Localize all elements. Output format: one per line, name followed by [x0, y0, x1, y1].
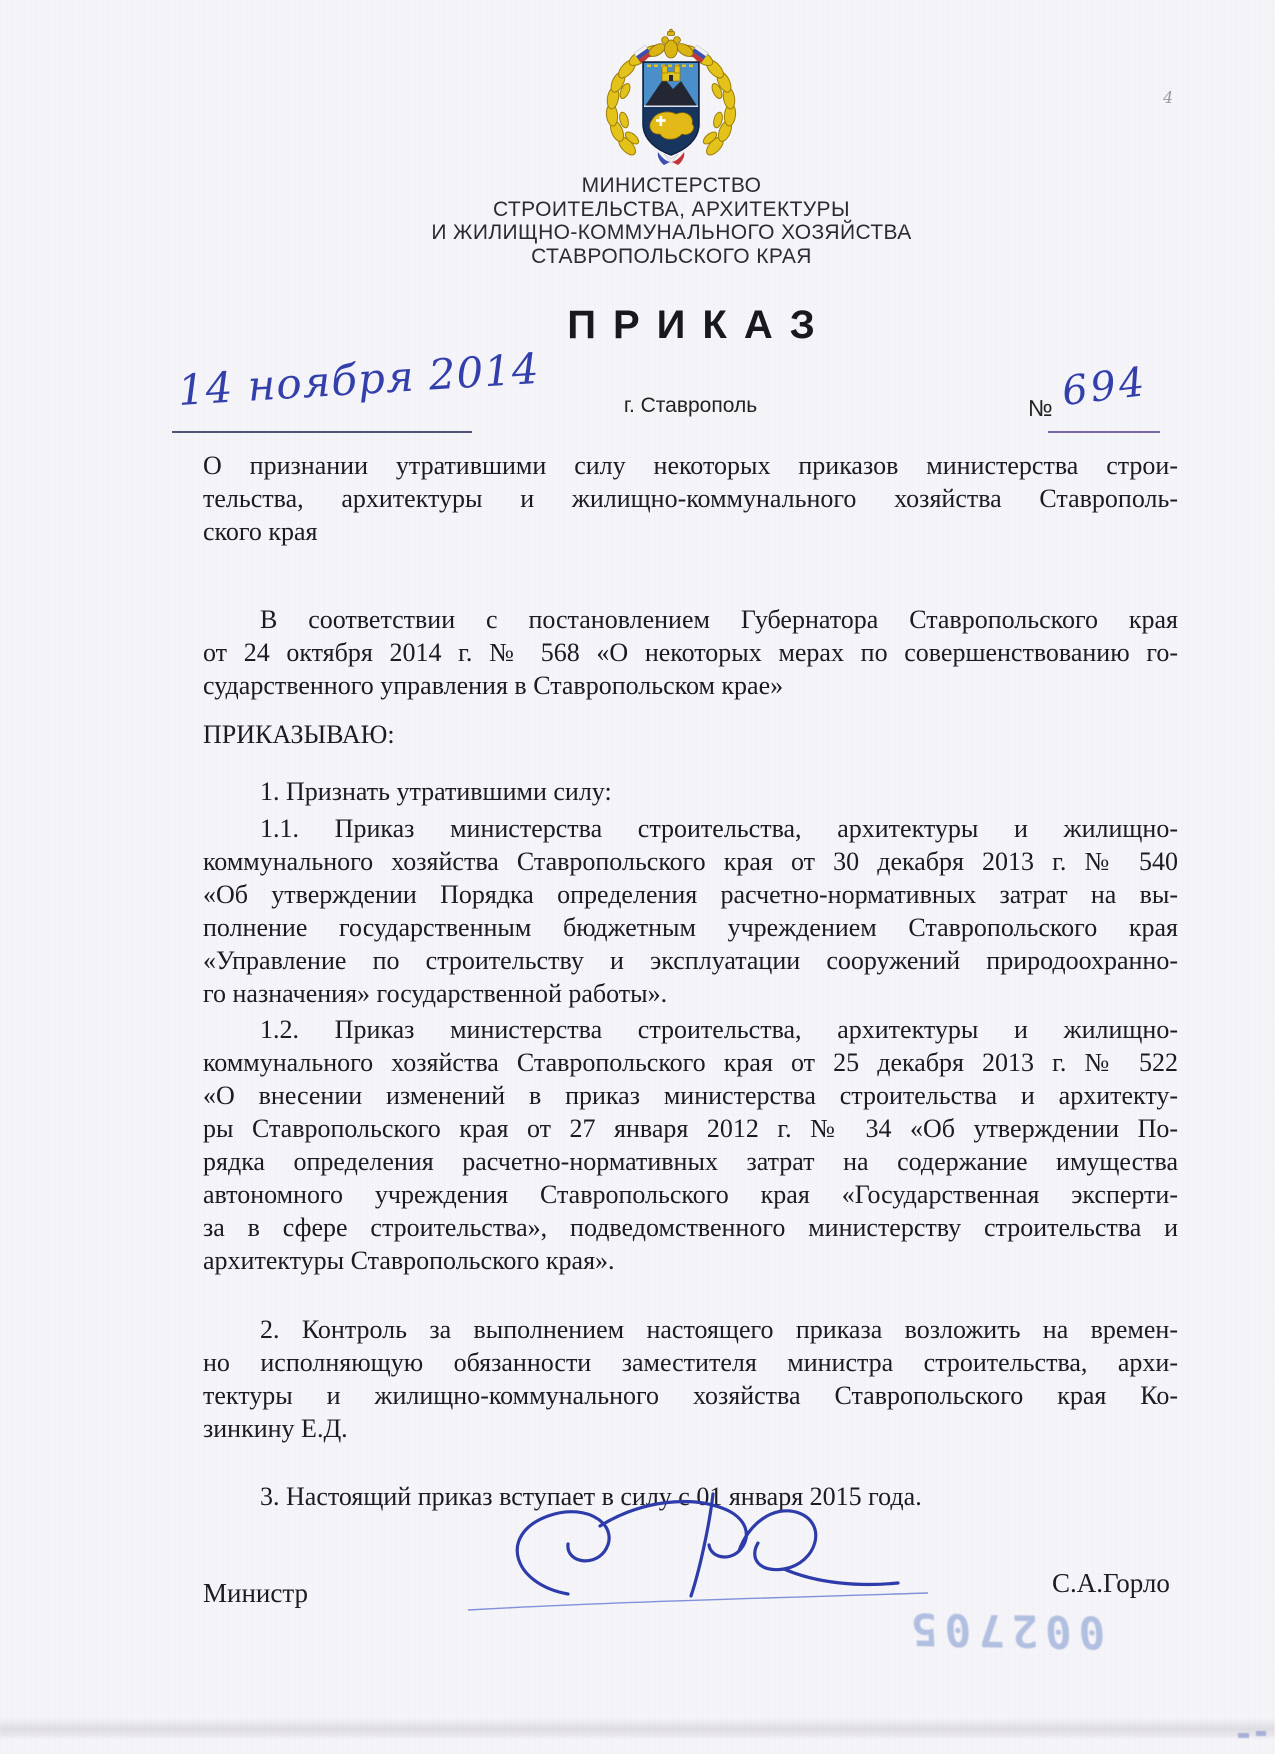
stavropol-krai-coat-of-arms-icon — [586, 28, 756, 168]
item-2: 2. Контроль за выполнением настоящего пр… — [203, 1313, 1178, 1445]
signer-position: Министр — [203, 1578, 308, 1609]
scan-artifact — [1238, 1733, 1249, 1738]
stamp-number: 002705 — [904, 1601, 1107, 1657]
document-body: О признании утратившими силу некоторых п… — [203, 449, 1178, 1513]
scan-artifact — [1256, 1731, 1266, 1736]
minister-signature — [450, 1490, 960, 1620]
preamble-paragraph: В соответствии с постановлением Губернат… — [203, 603, 1178, 702]
number-label: № — [1028, 395, 1053, 422]
item-1: 1. Признать утратившими силу: — [203, 775, 1178, 808]
order-word: ПРИКАЗЫВАЮ: — [203, 718, 1178, 751]
subject-paragraph: О признании утратившими силу некоторых п… — [203, 449, 1178, 548]
scanned-order-document: МИНИСТЕРСТВОСТРОИТЕЛЬСТВА, АРХИТЕКТУРЫИ … — [0, 0, 1275, 1754]
ministry-name: МИНИСТЕРСТВОСТРОИТЕЛЬСТВА, АРХИТЕКТУРЫИ … — [431, 174, 911, 268]
document-header: МИНИСТЕРСТВОСТРОИТЕЛЬСТВА, АРХИТЕКТУРЫИ … — [0, 28, 1275, 268]
item-1-2: 1.2. Приказ министерства строительства, … — [203, 1013, 1178, 1277]
date-underline — [172, 431, 472, 433]
item-1-1: 1.1. Приказ министерства строительства, … — [203, 812, 1178, 1010]
pencil-mark: 4 — [1163, 88, 1173, 107]
number-underline — [1048, 431, 1160, 433]
scan-shadow-band — [0, 1718, 1275, 1738]
document-title: ПРИКАЗ — [212, 303, 1187, 348]
signer-name: С.А.Горло — [1052, 1568, 1170, 1599]
